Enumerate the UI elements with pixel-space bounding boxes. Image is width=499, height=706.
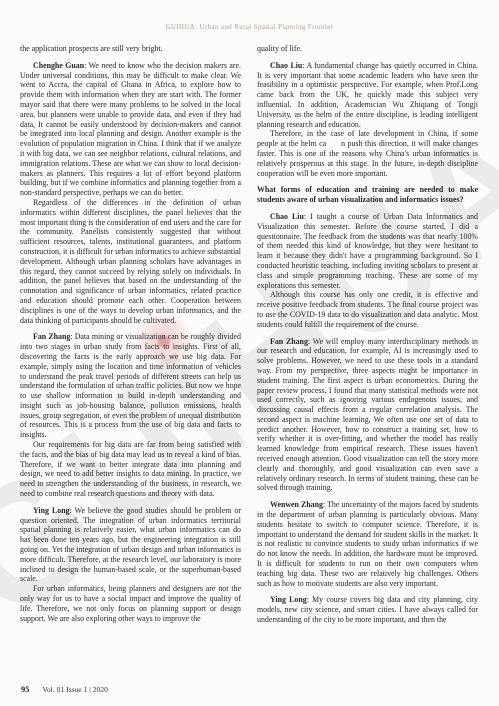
paragraph-text: : We believe the good studies should be … <box>20 506 241 584</box>
paragraph: Although this course has only one credit… <box>257 290 478 329</box>
paragraph: Our requirements for big data are far fr… <box>20 440 241 499</box>
journal-page: GUIHUA: Urban and Rural Spatial Planning… <box>0 0 499 706</box>
paragraph: For urban informatics, being planners an… <box>20 584 241 623</box>
speaker-name: Fan Zhang <box>33 332 70 341</box>
running-header: GUIHUA: Urban and Rural Spatial Planning… <box>0 24 499 31</box>
paragraph-chao-liu: Chao Liu: I taught a course of Urban Dat… <box>257 212 478 290</box>
speaker-name: Chao Liu <box>270 61 302 70</box>
page-number: 95 <box>21 685 29 694</box>
paragraph-text: : We will employ many interdisciplinary … <box>257 337 478 493</box>
paragraph-text: : I taught a course of Urban Data Inform… <box>257 212 478 290</box>
issue-info: Vol. 01 Issue 1 | 2020 <box>42 685 108 694</box>
right-column: quality of life. Chao Liu: A fundamental… <box>257 44 478 678</box>
speaker-name: Fan Zhang <box>270 337 308 346</box>
paragraph-ying-long: Ying Long: My course covers big data and… <box>257 595 478 624</box>
paragraph-ying-long: Ying Long: We believe the good studies s… <box>20 506 241 584</box>
paragraph-chenghe-guan: Chenghe Guan: We need to know who the de… <box>20 61 241 198</box>
paragraph-fan-zhang: Fan Zhang: We will employ many interdisc… <box>257 337 478 494</box>
speaker-name: Wenwen Zhang <box>270 500 323 509</box>
paragraph-text: : Data mining or visualization can be ro… <box>20 332 241 439</box>
paragraph-text: : A fundamental change has quietly occur… <box>257 61 478 129</box>
left-column: the application prospects are still very… <box>20 44 241 678</box>
paragraph-fan-zhang: Fan Zhang: Data mining or visualization … <box>20 332 241 440</box>
paragraph-wenwen-zhang: Wenwen Zhang: The uncertainty of the maj… <box>257 500 478 588</box>
speaker-name: Chao Liu <box>270 212 304 221</box>
paragraph-text: : The uncertainty of the majors faced by… <box>257 500 478 587</box>
speaker-name: Ying Long <box>33 506 70 515</box>
paragraph-text: : We need to know who the decision maker… <box>20 61 241 197</box>
paragraph: Therefore, in the case of late developme… <box>257 129 478 178</box>
page-footer: 95 Vol. 01 Issue 1 | 2020 <box>21 685 108 694</box>
paragraph-continuation: the application prospects are still very… <box>20 44 241 54</box>
paragraph-chao-liu: Chao Liu: A fundamental change has quiet… <box>257 61 478 130</box>
paragraph-continuation: quality of life. <box>257 44 478 54</box>
section-question-heading: What forms of education and training are… <box>257 185 478 205</box>
speaker-name: Ying Long <box>270 595 307 604</box>
speaker-name: Chenghe Guan <box>33 61 84 70</box>
paragraph: Regardless of the differences in the def… <box>20 198 241 325</box>
text-columns: the application prospects are still very… <box>20 44 478 678</box>
